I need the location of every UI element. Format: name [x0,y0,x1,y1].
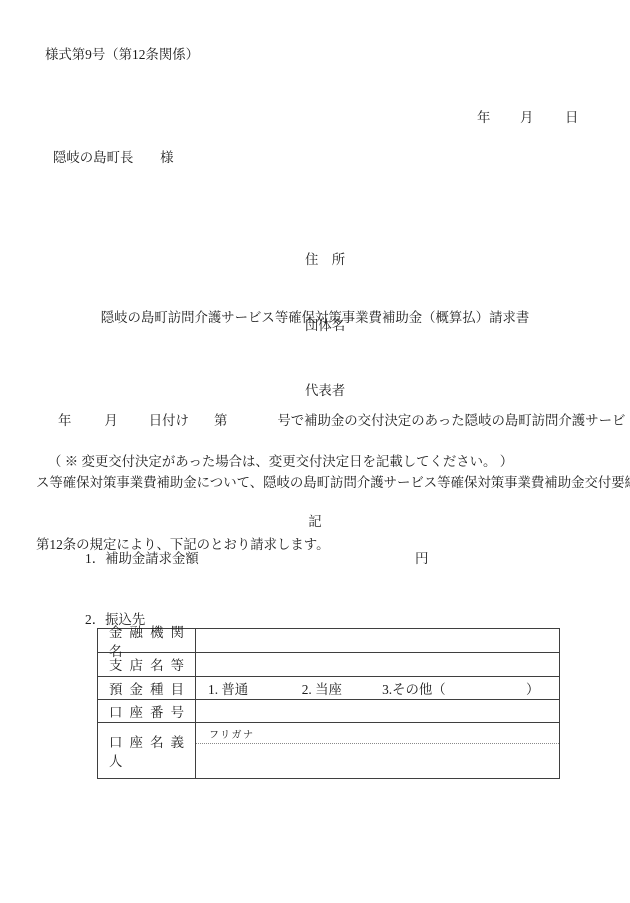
body-line-1: 年月日付け第号で補助金の交付決定のあった隠岐の島町訪問介護サービ [36,411,616,432]
document-title: 隠岐の島町訪問介護サービス等確保対策事業費補助金（概算払）請求書 [0,307,630,326]
deposit-type-label-cell: 預 金 種 目 [98,677,196,699]
furigana-label: フリガナ [196,723,559,744]
note: （ ※ 変更交付決定があった場合は、変更交付決定日を記載してください。 ） [48,451,513,470]
financial-institution-value-cell [196,629,559,652]
branch-name-value-cell [196,653,559,676]
body-number-prefix: 第 [214,411,227,432]
deposit-type-value-cell: 1. 普通 2. 当座 3.その他（ ） [196,677,559,699]
table-row-account-number: 口 座 番 号 [98,700,559,723]
account-holder-value-cell: フリガナ [196,723,559,778]
body-year-label: 年 [58,411,71,432]
date-month-label: 月 [520,107,533,126]
table-row-account-holder: 口 座 名 義 人 フリガナ [98,723,559,778]
body-date-suffix: 日付け [149,411,189,432]
date-year-label: 年 [477,107,490,126]
table-row-branch-name: 支 店 名 等 [98,653,559,677]
body-month-label: 月 [104,411,117,432]
account-number-value-cell [196,700,559,722]
ki-heading: 記 [0,511,630,530]
date-day-label: 日 [565,107,578,126]
body-line-2: ス等確保対策事業費補助金について、隠岐の島町訪問介護サービス等確保対策事業費補助… [36,473,616,494]
addressee: 隠岐の島町長 様 [53,147,174,166]
item-1-label: 1．補助金請求金額 [85,548,199,567]
financial-institution-label-cell: 金 融 機 関 名 [98,629,196,652]
account-holder-name-area [196,744,559,778]
table-row-deposit-type: 預 金 種 目 1. 普通 2. 当座 3.その他（ ） [98,677,559,700]
document-page: 様式第9号（第12条関係） 年 月 日 隠岐の島町長 様 住 所 団体名 代表者… [0,0,630,903]
body-line1-text: 号で補助金の交付決定のあった隠岐の島町訪問介護サービ [277,411,625,432]
applicant-address-label: 住 所 [305,249,345,271]
table-row-financial-institution: 金 融 機 関 名 [98,629,559,653]
form-number: 様式第9号（第12条関係） [45,44,199,63]
account-holder-label-cell: 口 座 名 義 人 [98,723,196,778]
bank-account-table: 金 融 機 関 名 支 店 名 等 預 金 種 目 1. 普通 2. 当座 3.… [97,628,560,779]
date-line: 年 月 日 [0,107,630,125]
branch-name-label-cell: 支 店 名 等 [98,653,196,676]
yen-unit-label: 円 [415,548,428,567]
account-number-label-cell: 口 座 番 号 [98,700,196,722]
item-1-request-amount: 1．補助金請求金額 円 [0,548,630,566]
